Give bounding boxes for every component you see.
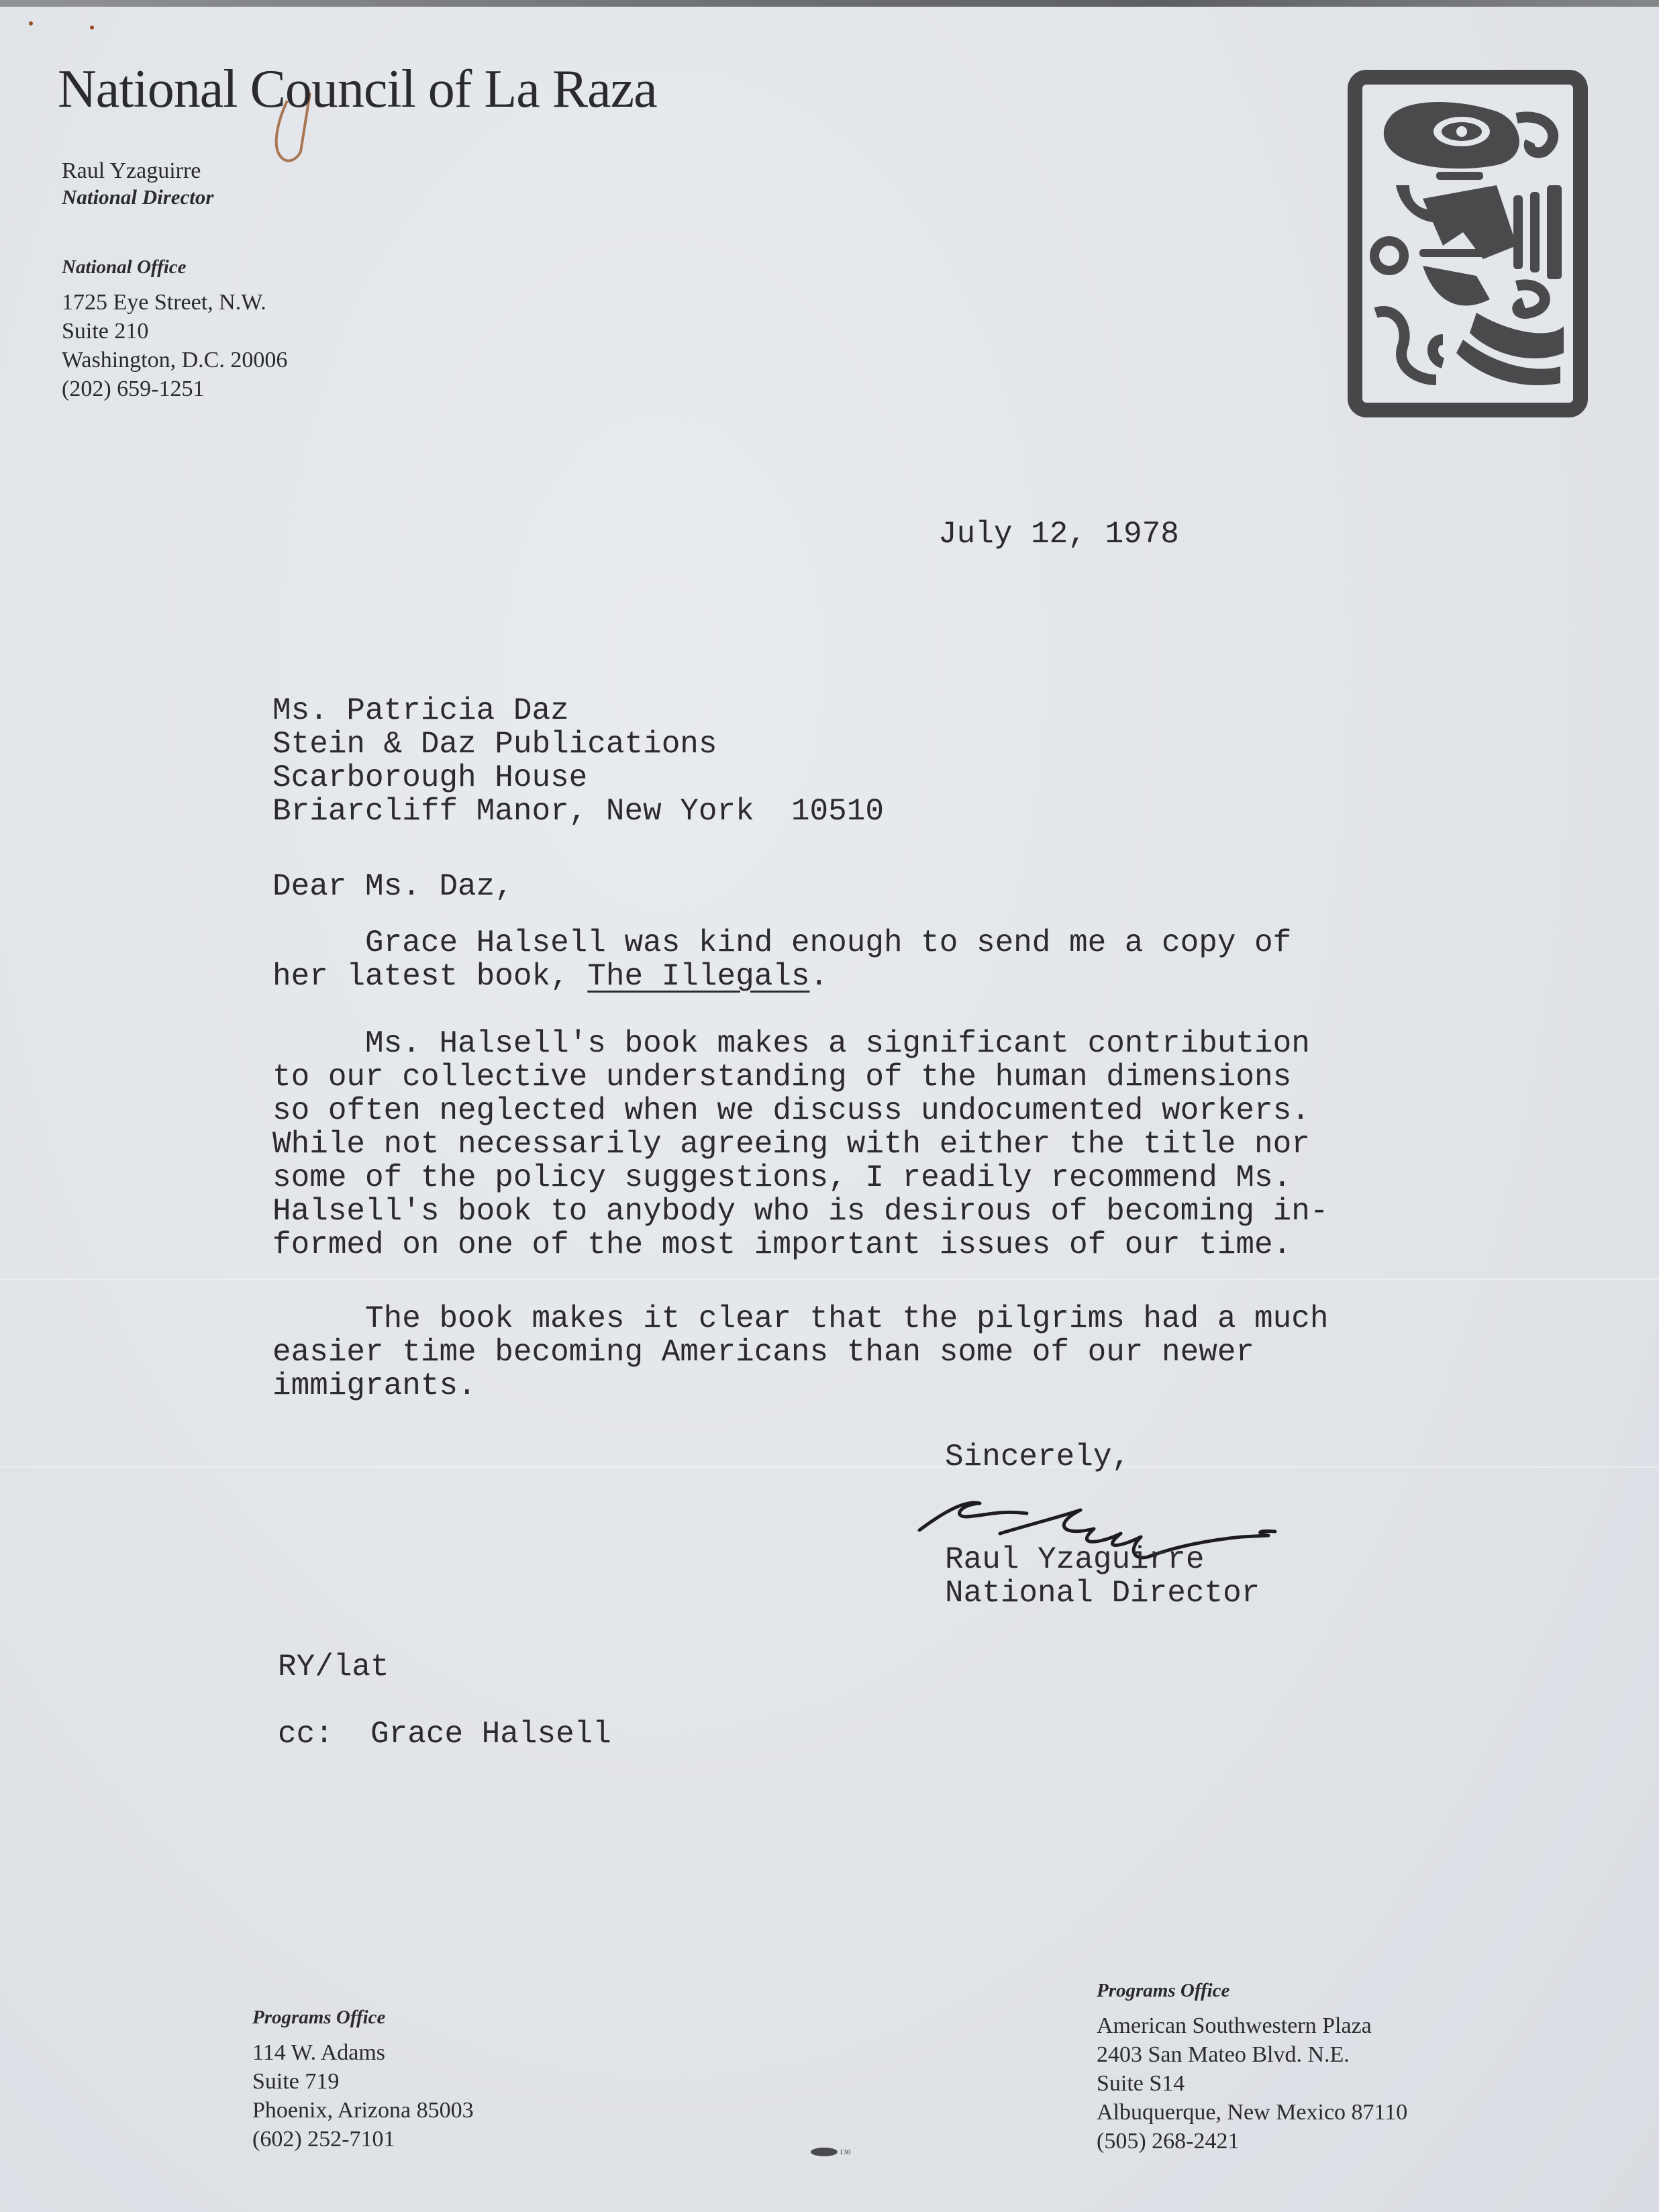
union-label-icon: 130 bbox=[811, 2148, 851, 2156]
aztec-eagle-emblem-icon bbox=[1348, 70, 1588, 417]
organization-name: National Council of La Raza bbox=[58, 59, 657, 120]
albuquerque-office-label: Programs Office bbox=[1097, 1980, 1407, 2002]
albuquerque-office-line: American Southwestern Plaza bbox=[1097, 2011, 1407, 2040]
phoenix-office-line: Suite 719 bbox=[252, 2067, 474, 2096]
national-office-block: National Office 1725 Eye Street, N.W. Su… bbox=[62, 256, 287, 403]
national-office-line: (202) 659-1251 bbox=[62, 374, 287, 403]
phoenix-office-line: Phoenix, Arizona 85003 bbox=[252, 2096, 474, 2125]
paragraph-2: Ms. Halsell's book makes a significant c… bbox=[272, 1027, 1328, 1262]
phoenix-office-line: (602) 252-7101 bbox=[252, 2125, 474, 2154]
paragraph-line: Halsell's book to anybody who is desirou… bbox=[272, 1195, 1328, 1228]
reference-initials: RY/lat bbox=[278, 1650, 389, 1685]
paragraph-line: While not necessarily agreeing with eith… bbox=[272, 1127, 1328, 1161]
paragraph-line: Ms. Halsell's book makes a significant c… bbox=[272, 1027, 1328, 1060]
paragraph-line: some of the policy suggestions, I readil… bbox=[272, 1161, 1328, 1195]
salutation: Dear Ms. Daz, bbox=[272, 869, 513, 904]
paragraph-line: to our collective understanding of the h… bbox=[272, 1060, 1328, 1094]
paper-fold-line bbox=[0, 1466, 1659, 1468]
paragraph-text: her latest book, bbox=[272, 959, 587, 994]
director-title: National Director bbox=[62, 185, 213, 209]
letter-date: July 12, 1978 bbox=[938, 517, 1179, 552]
paragraph-3: The book makes it clear that the pilgrim… bbox=[272, 1302, 1328, 1403]
union-bug-number: 130 bbox=[840, 2148, 851, 2156]
director-name: Raul Yzaguirre bbox=[62, 158, 201, 184]
albuquerque-office-line: 2403 San Mateo Blvd. N.E. bbox=[1097, 2040, 1407, 2069]
recipient-line: Scarborough House bbox=[272, 761, 884, 795]
recipient-line: Ms. Patricia Daz bbox=[272, 694, 884, 727]
albuquerque-office-block: Programs Office American Southwestern Pl… bbox=[1097, 1980, 1407, 2156]
paragraph-1: Grace Halsell was kind enough to send me… bbox=[272, 926, 1291, 993]
national-office-line: Suite 210 bbox=[62, 317, 287, 346]
phoenix-office-block: Programs Office 114 W. Adams Suite 719 P… bbox=[252, 2007, 474, 2154]
paragraph-line: Grace Halsell was kind enough to send me… bbox=[272, 926, 1291, 960]
paragraph-text: . bbox=[810, 959, 829, 994]
signer-title: National Director bbox=[945, 1576, 1260, 1611]
recipient-address: Ms. Patricia Daz Stein & Daz Publication… bbox=[272, 694, 884, 828]
recipient-line: Stein & Daz Publications bbox=[272, 727, 884, 761]
paragraph-line: so often neglected when we discuss undoc… bbox=[272, 1094, 1328, 1127]
paragraph-line: her latest book, The Illegals. bbox=[272, 960, 1291, 993]
phoenix-office-label: Programs Office bbox=[252, 2007, 474, 2029]
paragraph-line: formed on one of the most important issu… bbox=[272, 1228, 1328, 1262]
closing: Sincerely, bbox=[945, 1440, 1130, 1474]
albuquerque-office-line: Albuquerque, New Mexico 87110 bbox=[1097, 2098, 1407, 2127]
page-top-edge bbox=[0, 0, 1659, 7]
national-office-line: 1725 Eye Street, N.W. bbox=[62, 288, 287, 317]
national-office-line: Washington, D.C. 20006 bbox=[62, 346, 287, 374]
albuquerque-office-line: (505) 268-2421 bbox=[1097, 2127, 1407, 2156]
paragraph-line: The book makes it clear that the pilgrim… bbox=[272, 1302, 1328, 1336]
signer-name: Raul Yzaguirre bbox=[945, 1542, 1204, 1577]
national-office-label: National Office bbox=[62, 256, 287, 279]
book-title: The Illegals bbox=[587, 959, 809, 994]
cc-line: cc: Grace Halsell bbox=[278, 1717, 611, 1752]
albuquerque-office-line: Suite S14 bbox=[1097, 2069, 1407, 2098]
paragraph-line: immigrants. bbox=[272, 1369, 1328, 1403]
union-bug-shape bbox=[811, 2148, 838, 2156]
paper-fold-line bbox=[0, 1278, 1659, 1280]
rust-speck-icon bbox=[27, 20, 101, 40]
paragraph-line: easier time becoming Americans than some… bbox=[272, 1336, 1328, 1369]
recipient-line: Briarcliff Manor, New York 10510 bbox=[272, 795, 884, 828]
phoenix-office-line: 114 W. Adams bbox=[252, 2038, 474, 2067]
